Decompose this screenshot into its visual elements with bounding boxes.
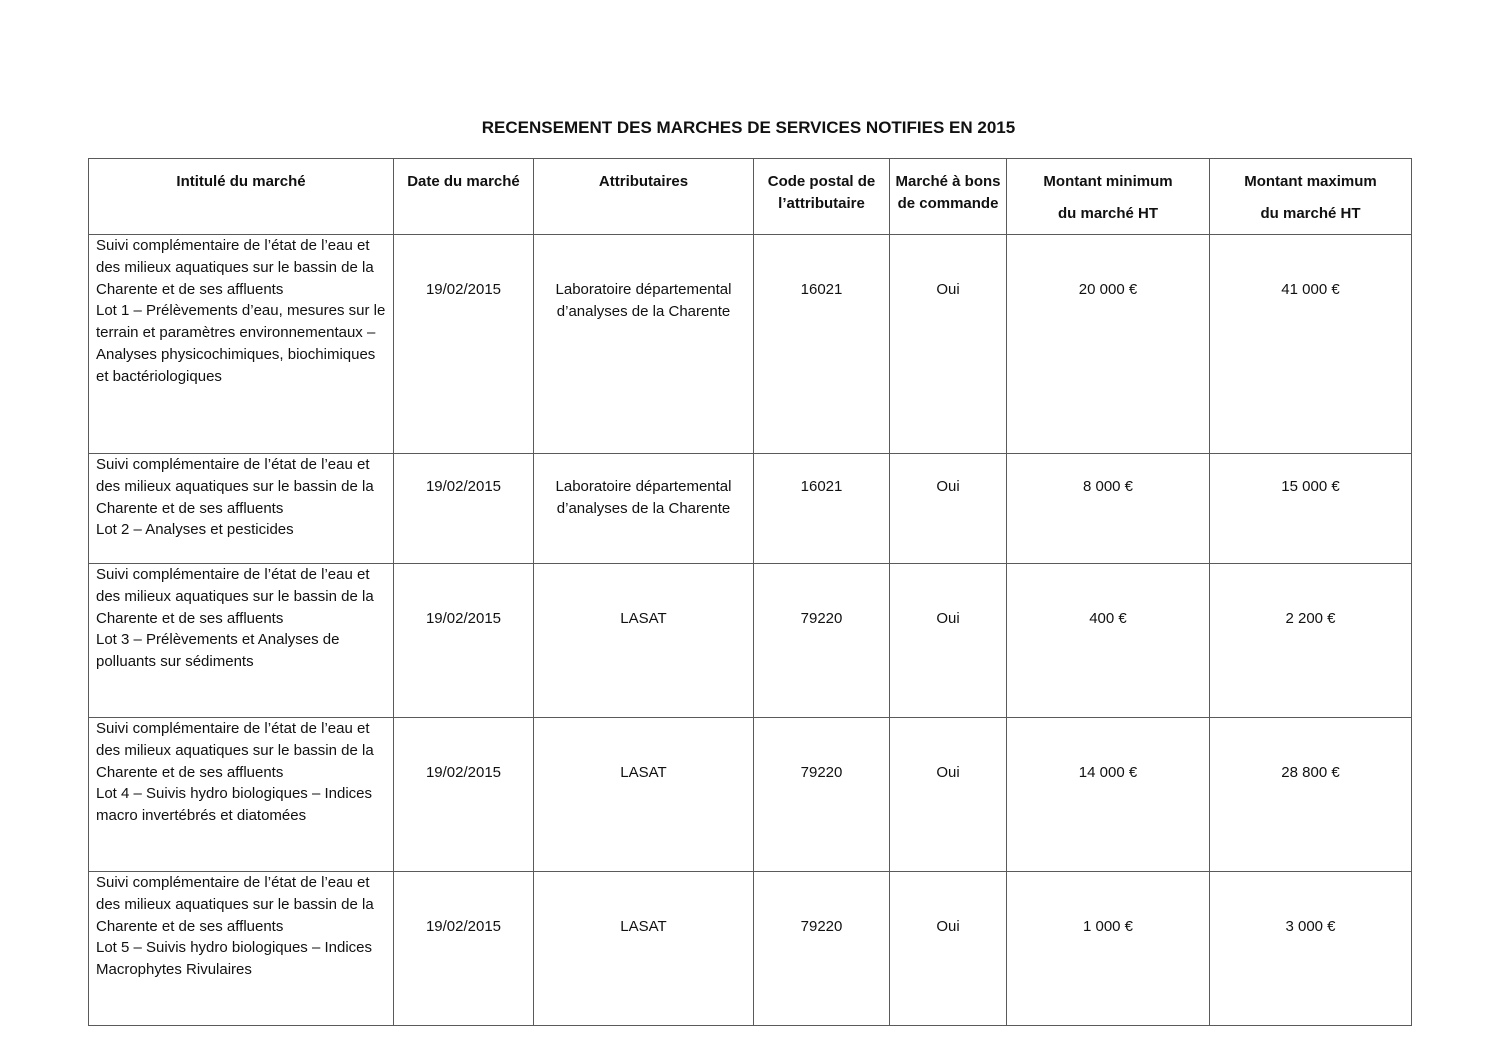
- document-title: RECENSEMENT DES MARCHES DE SERVICES NOTI…: [0, 118, 1497, 138]
- table-row: Suivi complémentaire de l’état de l’eau …: [89, 235, 1412, 454]
- cell-montant-min: 1 000 €: [1007, 872, 1210, 1026]
- cell-code-postal: 79220: [754, 718, 890, 872]
- cell-code-postal: 79220: [754, 872, 890, 1026]
- cell-montant-max: 3 000 €: [1210, 872, 1412, 1026]
- cell-bons-commande: Oui: [890, 235, 1007, 454]
- cell-montant-min: 20 000 €: [1007, 235, 1210, 454]
- cell-montant-max: 28 800 €: [1210, 718, 1412, 872]
- cell-montant-max: 41 000 €: [1210, 235, 1412, 454]
- cell-intitule: Suivi complémentaire de l’état de l’eau …: [89, 235, 394, 454]
- cell-attributaire: LASAT: [534, 564, 754, 718]
- cell-bons-commande: Oui: [890, 454, 1007, 564]
- header-montant-max-line2: du marché HT: [1214, 203, 1407, 225]
- cell-bons-commande: Oui: [890, 718, 1007, 872]
- header-montant-min: Montant minimum du marché HT: [1007, 159, 1210, 235]
- cell-montant-max: 15 000 €: [1210, 454, 1412, 564]
- header-bons-commande: Marché à bons de commande: [890, 159, 1007, 235]
- cell-montant-min: 14 000 €: [1007, 718, 1210, 872]
- cell-code-postal: 16021: [754, 235, 890, 454]
- table-row: Suivi complémentaire de l’état de l’eau …: [89, 872, 1412, 1026]
- header-attributaires: Attributaires: [534, 159, 754, 235]
- header-montant-max: Montant maximum du marché HT: [1210, 159, 1412, 235]
- cell-montant-min: 8 000 €: [1007, 454, 1210, 564]
- marches-table: Intitulé du marché Date du marché Attrib…: [88, 158, 1412, 1026]
- cell-date: 19/02/2015: [394, 564, 534, 718]
- cell-montant-min: 400 €: [1007, 564, 1210, 718]
- table-header-row: Intitulé du marché Date du marché Attrib…: [89, 159, 1412, 235]
- header-intitule: Intitulé du marché: [89, 159, 394, 235]
- cell-attributaire: Laboratoire départemental d’analyses de …: [534, 454, 754, 564]
- cell-attributaire: Laboratoire départemental d’analyses de …: [534, 235, 754, 454]
- table-row: Suivi complémentaire de l’état de l’eau …: [89, 718, 1412, 872]
- header-montant-min-line1: Montant minimum: [1043, 173, 1172, 190]
- header-montant-min-line2: du marché HT: [1011, 203, 1205, 225]
- header-code-postal: Code postal de l’attributaire: [754, 159, 890, 235]
- cell-date: 19/02/2015: [394, 235, 534, 454]
- cell-bons-commande: Oui: [890, 872, 1007, 1026]
- cell-date: 19/02/2015: [394, 872, 534, 1026]
- header-date: Date du marché: [394, 159, 534, 235]
- cell-date: 19/02/2015: [394, 718, 534, 872]
- cell-attributaire: LASAT: [534, 718, 754, 872]
- cell-intitule: Suivi complémentaire de l’état de l’eau …: [89, 564, 394, 718]
- cell-code-postal: 16021: [754, 454, 890, 564]
- cell-intitule: Suivi complémentaire de l’état de l’eau …: [89, 872, 394, 1026]
- table-row: Suivi complémentaire de l’état de l’eau …: [89, 564, 1412, 718]
- header-montant-max-line1: Montant maximum: [1244, 173, 1377, 190]
- cell-intitule: Suivi complémentaire de l’état de l’eau …: [89, 718, 394, 872]
- cell-montant-max: 2 200 €: [1210, 564, 1412, 718]
- cell-date: 19/02/2015: [394, 454, 534, 564]
- cell-attributaire: LASAT: [534, 872, 754, 1026]
- table-row: Suivi complémentaire de l’état de l’eau …: [89, 454, 1412, 564]
- cell-intitule: Suivi complémentaire de l’état de l’eau …: [89, 454, 394, 564]
- cell-bons-commande: Oui: [890, 564, 1007, 718]
- cell-code-postal: 79220: [754, 564, 890, 718]
